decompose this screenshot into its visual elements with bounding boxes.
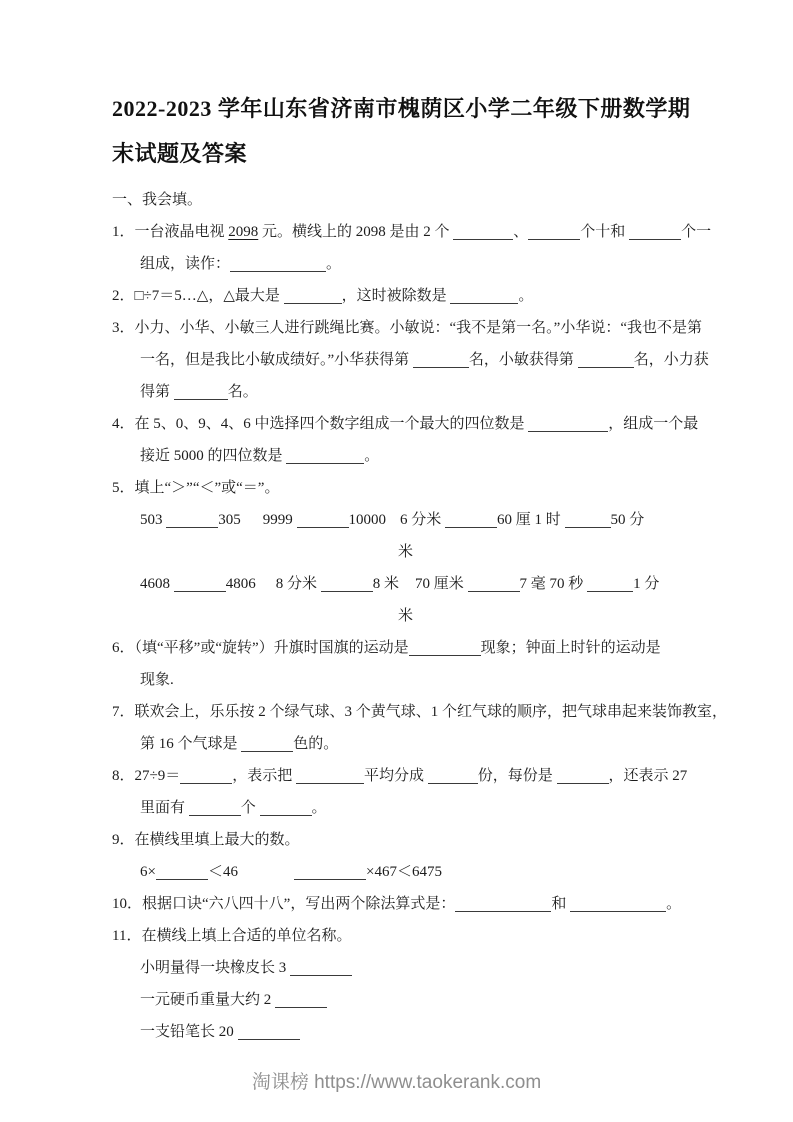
- fill-in-blank: [629, 227, 681, 240]
- text-run: 70 厘米: [415, 576, 468, 592]
- fill-in-blank: [587, 579, 633, 592]
- text-run: 305: [218, 512, 241, 528]
- q4-line1: 4．在 5、0、9、4、6 中选择四个数字组成一个最大的四位数是 ，组成一个最: [0, 408, 793, 440]
- text-run: 小明量得一块橡皮长 3: [140, 960, 290, 976]
- text-run: 7 毫 70 秒: [520, 576, 588, 592]
- q5-row2: 4608 48068 分米 8 米70 厘米 7 毫 70 秒 1 分: [0, 568, 793, 600]
- text-run: 名，小敏获得第: [469, 352, 578, 368]
- exam-document-page: 2022-2023 学年山东省济南市槐荫区小学二年级下册数学期 末试题及答案 一…: [0, 0, 793, 1122]
- text-run: 现象.: [140, 672, 174, 688]
- q8-line2: 里面有 个 。: [0, 792, 793, 824]
- fill-in-blank: [428, 771, 478, 784]
- text-run: 11．在横线上填上合适的单位名称。: [112, 928, 351, 944]
- text-run: 9．在横线里填上最大的数。: [112, 832, 300, 848]
- text-run: 现象；钟面上时针的运动是: [481, 640, 661, 656]
- q10-line: 10．根据口诀“六八四十八”，写出两个除法算式是：和 。: [0, 888, 793, 920]
- section-heading: 一、我会填。: [0, 184, 793, 216]
- text-run: 1 分: [633, 576, 659, 592]
- fill-in-blank: [570, 899, 666, 912]
- fill-in-blank: [241, 739, 293, 752]
- q6-line2: 现象.: [0, 664, 793, 696]
- fill-in-blank: [413, 355, 469, 368]
- text-run: 份，每份是: [478, 768, 557, 784]
- fill-in-blank: [468, 579, 520, 592]
- q11-item3: 一支铅笔长 20: [0, 1016, 793, 1048]
- fill-in-blank: [578, 355, 634, 368]
- q5-row1-wrap: 米: [0, 536, 793, 568]
- q6-line1: 6．（填“平移”或“旋转”）升旗时国旗的运动是现象；钟面上时针的运动是: [0, 632, 793, 664]
- text-run: 一元硬币重量大约 2: [140, 992, 275, 1008]
- watermark-footer: 淘课榜 https://www.taokerank.com: [0, 1067, 793, 1094]
- text-run: 个: [241, 800, 260, 816]
- q5-heading: 5．填上“＞”“＜”或“＝”。: [0, 472, 793, 504]
- spacer: [238, 875, 294, 876]
- q7-line1: 7．联欢会上，乐乐按 2 个绿气球、3 个黄气球、1 个红气球的顺序，把气球串起…: [0, 696, 793, 728]
- text-run: 1．一台液晶电视: [112, 224, 228, 240]
- fill-in-blank: [565, 515, 611, 528]
- document-title-line1: 2022-2023 学年山东省济南市槐荫区小学二年级下册数学期: [112, 86, 692, 131]
- text-run: 。: [666, 896, 681, 912]
- fill-in-blank: [453, 227, 513, 240]
- q1-line2: 组成，读作：。: [0, 248, 793, 280]
- q9-line: 6×＜46×467＜6475: [0, 856, 793, 888]
- fill-in-blank: [528, 419, 608, 432]
- text-run: 60 厘 1 时: [497, 512, 565, 528]
- q11-item1: 小明量得一块橡皮长 3: [0, 952, 793, 984]
- text-run: 8 分米: [276, 576, 321, 592]
- text-run: 6×: [140, 864, 156, 880]
- text-run: 。: [326, 256, 341, 272]
- spacer: [241, 523, 263, 524]
- text-run: 4608: [140, 576, 174, 592]
- underlined-value: 2098: [228, 224, 258, 240]
- text-run: 第 16 个气球是: [140, 736, 241, 752]
- text-run: 50 分: [611, 512, 645, 528]
- document-title-line2: 末试题及答案: [112, 131, 692, 176]
- text-run: 一、我会填。: [112, 192, 202, 208]
- fill-in-blank: [290, 963, 352, 976]
- text-run: ，这时被除数是: [342, 288, 451, 304]
- text-run: 里面有: [140, 800, 189, 816]
- q4-line2: 接近 5000 的四位数是 。: [0, 440, 793, 472]
- text-run: 个十和: [580, 224, 629, 240]
- text-run: 和: [551, 896, 570, 912]
- text-run: 组成，读作：: [140, 256, 230, 272]
- text-run: 10000: [349, 512, 387, 528]
- fill-in-blank: [294, 867, 366, 880]
- fill-in-blank: [321, 579, 373, 592]
- text-run: 接近 5000 的四位数是: [140, 448, 286, 464]
- fill-in-blank: [528, 227, 580, 240]
- text-run: 名。: [228, 384, 258, 400]
- document-lines: 一、我会填。1．一台液晶电视 2098 元。横线上的 2098 是由 2 个 、…: [0, 184, 793, 1048]
- text-run: 一支铅笔长 20: [140, 1024, 238, 1040]
- text-run: 9999: [263, 512, 297, 528]
- q1-line1: 1．一台液晶电视 2098 元。横线上的 2098 是由 2 个 、个十和 个一: [0, 216, 793, 248]
- text-run: 7．联欢会上，乐乐按 2 个绿气球、3 个黄气球、1 个红气球的顺序，把气球串起…: [112, 704, 727, 720]
- fill-in-blank: [260, 803, 312, 816]
- q8-line1: 8．27÷9＝，表示把 平均分成 份，每份是 ，还表示 27: [0, 760, 793, 792]
- spacer: [256, 587, 276, 588]
- text-run: ，还表示 27: [609, 768, 688, 784]
- fill-in-blank: [166, 515, 218, 528]
- fill-in-blank: [286, 451, 364, 464]
- text-run: ，表示把: [232, 768, 296, 784]
- fill-in-blank: [409, 643, 481, 656]
- text-run: ×467＜6475: [366, 864, 442, 880]
- text-run: 10．根据口诀“六八四十八”，写出两个除法算式是：: [112, 896, 455, 912]
- q5-row1: 503 3059999 100006 分米 60 厘 1 时 50 分: [0, 504, 793, 536]
- fill-in-blank: [450, 291, 518, 304]
- text-run: ＜46: [208, 864, 238, 880]
- text-run: 色的。: [293, 736, 338, 752]
- text-run: 8 米: [373, 576, 399, 592]
- q3-line3: 得第 名。: [0, 376, 793, 408]
- text-run: 、: [513, 224, 528, 240]
- q2-line: 2．□÷7＝5…△，△最大是 ，这时被除数是 。: [0, 280, 793, 312]
- fill-in-blank: [557, 771, 609, 784]
- q9-heading: 9．在横线里填上最大的数。: [0, 824, 793, 856]
- text-run: 。: [518, 288, 533, 304]
- text-run: 4．在 5、0、9、4、6 中选择四个数字组成一个最大的四位数是: [112, 416, 528, 432]
- fill-in-blank: [455, 899, 551, 912]
- q11-heading: 11．在横线上填上合适的单位名称。: [0, 920, 793, 952]
- fill-in-blank: [238, 1027, 300, 1040]
- text-run: 。: [312, 800, 327, 816]
- text-run: 米: [398, 608, 413, 624]
- fill-in-blank: [296, 771, 364, 784]
- text-run: ，组成一个最: [608, 416, 698, 432]
- fill-in-blank: [180, 771, 232, 784]
- text-run: 。: [364, 448, 379, 464]
- text-run: 一名，但是我比小敏成绩好。”小华获得第: [140, 352, 413, 368]
- text-run: 503: [140, 512, 166, 528]
- fill-in-blank: [297, 515, 349, 528]
- spacer: [386, 523, 400, 524]
- text-run: 2．□÷7＝5…△，△最大是: [112, 288, 284, 304]
- spacer: [399, 587, 415, 588]
- fill-in-blank: [174, 387, 228, 400]
- q7-line2: 第 16 个气球是 色的。: [0, 728, 793, 760]
- text-run: 平均分成: [364, 768, 428, 784]
- text-run: 4806: [226, 576, 256, 592]
- text-run: 名，小力获: [634, 352, 709, 368]
- text-run: 得第: [140, 384, 174, 400]
- text-run: 3．小力、小华、小敏三人进行跳绳比赛。小敏说：“我不是第一名。”小华说：“我也不…: [112, 320, 702, 336]
- q3-line1: 3．小力、小华、小敏三人进行跳绳比赛。小敏说：“我不是第一名。”小华说：“我也不…: [0, 312, 793, 344]
- q5-row2-wrap: 米: [0, 600, 793, 632]
- q11-item2: 一元硬币重量大约 2: [0, 984, 793, 1016]
- text-run: 5．填上“＞”“＜”或“＝”。: [112, 480, 279, 496]
- text-run: 6 分米: [400, 512, 445, 528]
- text-run: 元。横线上的 2098 是由 2 个: [258, 224, 453, 240]
- fill-in-blank: [275, 995, 327, 1008]
- q3-line2: 一名，但是我比小敏成绩好。”小华获得第 名，小敏获得第 名，小力获: [0, 344, 793, 376]
- text-run: 个一: [681, 224, 711, 240]
- text-run: 米: [398, 544, 413, 560]
- fill-in-blank: [445, 515, 497, 528]
- fill-in-blank: [230, 259, 326, 272]
- text-run: 8．27÷9＝: [112, 768, 180, 784]
- fill-in-blank: [174, 579, 226, 592]
- document-title: 2022-2023 学年山东省济南市槐荫区小学二年级下册数学期 末试题及答案: [112, 86, 692, 176]
- fill-in-blank: [189, 803, 241, 816]
- text-run: 6．（填“平移”或“旋转”）升旗时国旗的运动是: [112, 640, 409, 656]
- fill-in-blank: [284, 291, 342, 304]
- fill-in-blank: [156, 867, 208, 880]
